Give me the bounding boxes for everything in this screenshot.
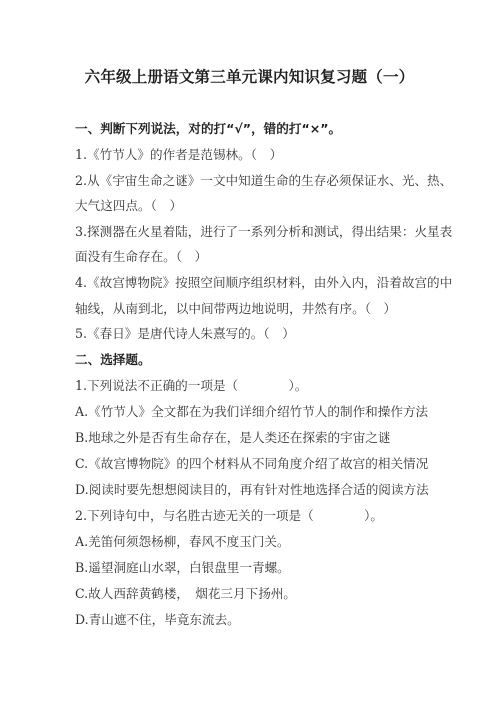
question-line: 5.《春日》是唐代诗人朱熹写的。（ ） xyxy=(75,326,295,342)
document-page: 六年级上册语文第三单元课内知识复习题（一） 一、判断下列说法，对的打“√”，错的… xyxy=(0,0,499,706)
option-line: A.《竹节人》全文都在为我们详细介绍竹节人的制作和操作方法 xyxy=(75,404,428,420)
question-line: 1.下列说法不正确的一项是（ ）。 xyxy=(75,378,307,394)
option-line: D.阅读时要先想想阅读目的，再有针对性地选择合适的阅读方法 xyxy=(75,482,429,498)
section-heading-judgement: 一、判断下列说法，对的打“√”，错的打“×”。 xyxy=(75,121,341,137)
option-line: B.地球之外是否有生命存在，是人类还在探索的宇宙之谜 xyxy=(75,430,391,446)
question-line: 4.《故宫博物院》按照空间顺序组织材料，由外入内，沿着故宫的中 xyxy=(75,275,452,291)
page-title: 六年级上册语文第三单元课内知识复习题（一） xyxy=(0,65,499,87)
question-line: 1.《竹节人》的作者是范锡林。（ ） xyxy=(75,147,282,163)
option-line: D.青山遮不住，毕竟东流去。 xyxy=(75,612,240,628)
question-line: 3.探测器在火星着陆，进行了一系列分析和测试，得出结果：火星表 xyxy=(75,224,452,240)
question-line: 2.下列诗句中，与名胜古迹无关的一项是（ ）。 xyxy=(75,508,383,524)
question-line: 大气这四点。（ ） xyxy=(75,198,182,214)
option-line: B.遥望洞庭山水翠，白银盘里一青螺。 xyxy=(75,560,290,576)
section-heading-choice: 二、选择题。 xyxy=(75,352,151,368)
option-line: C.故人西辞黄鹤楼， 烟花三月下扬州。 xyxy=(75,586,296,602)
question-line: 轴线，从南到北，以中间带两边地说明，井然有序。（ ） xyxy=(75,301,396,317)
option-line: C.《故宫博物院》的四个材料从不同角度介绍了故宫的相关情况 xyxy=(75,456,428,472)
question-line: 2.从《宇宙生命之谜》一文中知道生命的生存必须保证水、光、热、 xyxy=(75,173,452,189)
option-line: A.羌笛何须怨杨柳，春风不度玉门关。 xyxy=(75,534,290,550)
question-line: 面没有生命存在。（ ） xyxy=(75,249,207,265)
